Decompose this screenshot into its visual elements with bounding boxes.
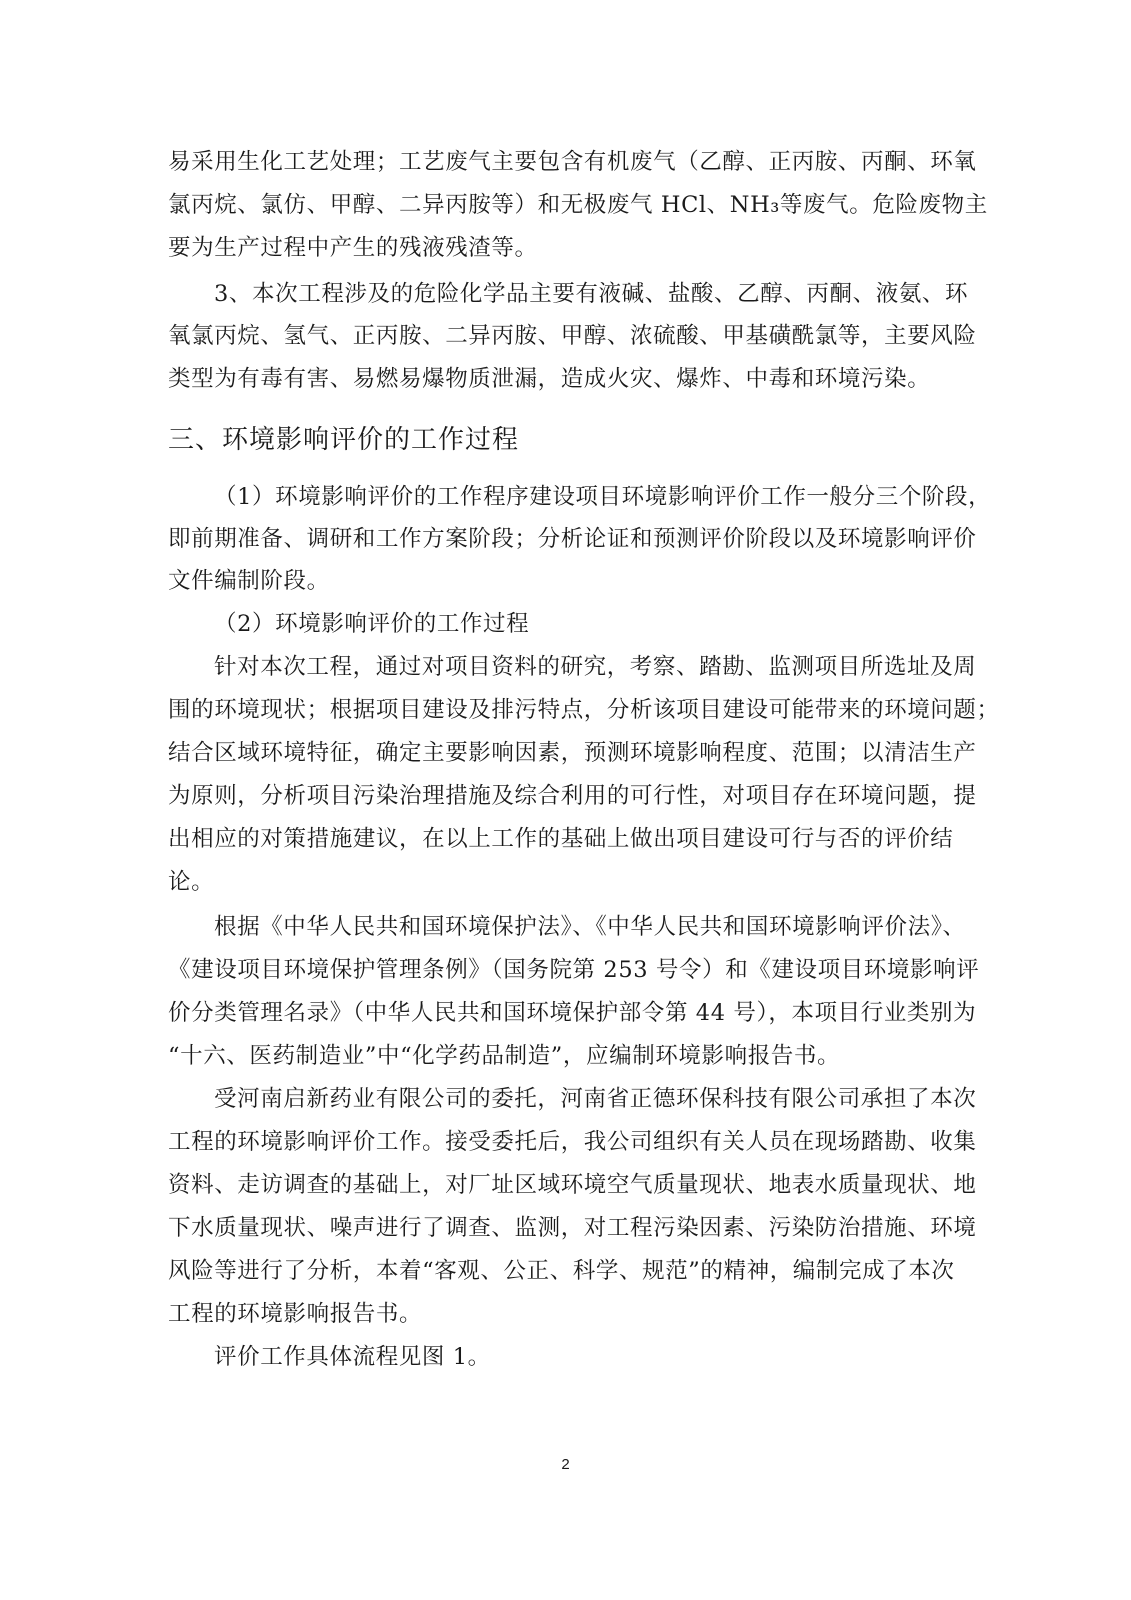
text-line: 价分类管理名录》（中华人民共和国环境保护部令第 44 号），本项目行业类别为 — [168, 998, 943, 1028]
document-page: 易采用生化工艺处理；工艺废气主要包含有机废气（乙醇、正丙胺、丙酮、环氧 氯丙烷、… — [0, 0, 1131, 1600]
text-line: 论。 — [168, 867, 943, 897]
text-line: 为原则，分析项目污染治理措施及综合利用的可行性，对项目存在环境问题，提 — [168, 781, 943, 811]
text-line: 资料、走访调查的基础上，对厂址区域环境空气质量现状、地表水质量现状、地 — [168, 1170, 943, 1200]
text-line: 氯丙烷、氯仿、甲醇、二异丙胺等）和无极废气 HCl、NH₃等废气。危险废物主 — [168, 190, 943, 220]
text-line: 评价工作具体流程见图 1。 — [214, 1342, 943, 1372]
text-line: 围的环境现状；根据项目建设及排污特点，分析该项目建设可能带来的环境问题； — [168, 695, 943, 725]
text-line: “十六、医药制造业”中“化学药品制造”，应编制环境影响报告书。 — [168, 1041, 943, 1071]
text-line: 出相应的对策措施建议，在以上工作的基础上做出项目建设可行与否的评价结 — [168, 824, 943, 854]
text-line: 即前期准备、调研和工作方案阶段；分析论证和预测评价阶段以及环境影响评价 — [168, 524, 943, 554]
text-line: 工程的环境影响报告书。 — [168, 1299, 943, 1329]
text-line: 受河南启新药业有限公司的委托，河南省正德环保科技有限公司承担了本次 — [214, 1084, 943, 1114]
text-line: 易采用生化工艺处理；工艺废气主要包含有机废气（乙醇、正丙胺、丙酮、环氧 — [168, 147, 943, 177]
page-number: 2 — [0, 1456, 1131, 1473]
subsection-title: （2）环境影响评价的工作过程 — [214, 609, 943, 639]
text-line: 结合区域环境特征，确定主要影响因素，预测环境影响程度、范围；以清洁生产 — [168, 738, 943, 768]
text-line: 工程的环境影响评价工作。接受委托后，我公司组织有关人员在现场踏勘、收集 — [168, 1127, 943, 1157]
text-line: 类型为有毒有害、易燃易爆物质泄漏，造成火灾、爆炸、中毒和环境污染。 — [168, 364, 943, 394]
text-line: 要为生产过程中产生的残液残渣等。 — [168, 233, 943, 263]
text-line: 根据《中华人民共和国环境保护法》、《中华人民共和国环境影响评价法》、 — [214, 912, 943, 942]
text-line: （1）环境影响评价的工作程序建设项目环境影响评价工作一般分三个阶段， — [214, 482, 943, 512]
text-line: 下水质量现状、噪声进行了调查、监测，对工程污染因素、污染防治措施、环境 — [168, 1213, 943, 1243]
text-line: 氧氯丙烷、氢气、正丙胺、二异丙胺、甲醇、浓硫酸、甲基磺酰氯等，主要风险 — [168, 321, 943, 351]
text-line: 针对本次工程，通过对项目资料的研究，考察、踏勘、监测项目所选址及周 — [214, 652, 943, 682]
text-line: 风险等进行了分析，本着“客观、公正、科学、规范”的精神，编制完成了本次 — [168, 1256, 943, 1286]
text-line: 3、本次工程涉及的危险化学品主要有液碱、盐酸、乙醇、丙酮、液氨、环 — [214, 279, 943, 309]
text-line: 文件编制阶段。 — [168, 566, 943, 596]
section-heading: 三、环境影响评价的工作过程 — [168, 423, 519, 457]
text-line: 《建设项目环境保护管理条例》（国务院第 253 号令）和《建设项目环境影响评 — [168, 955, 943, 985]
